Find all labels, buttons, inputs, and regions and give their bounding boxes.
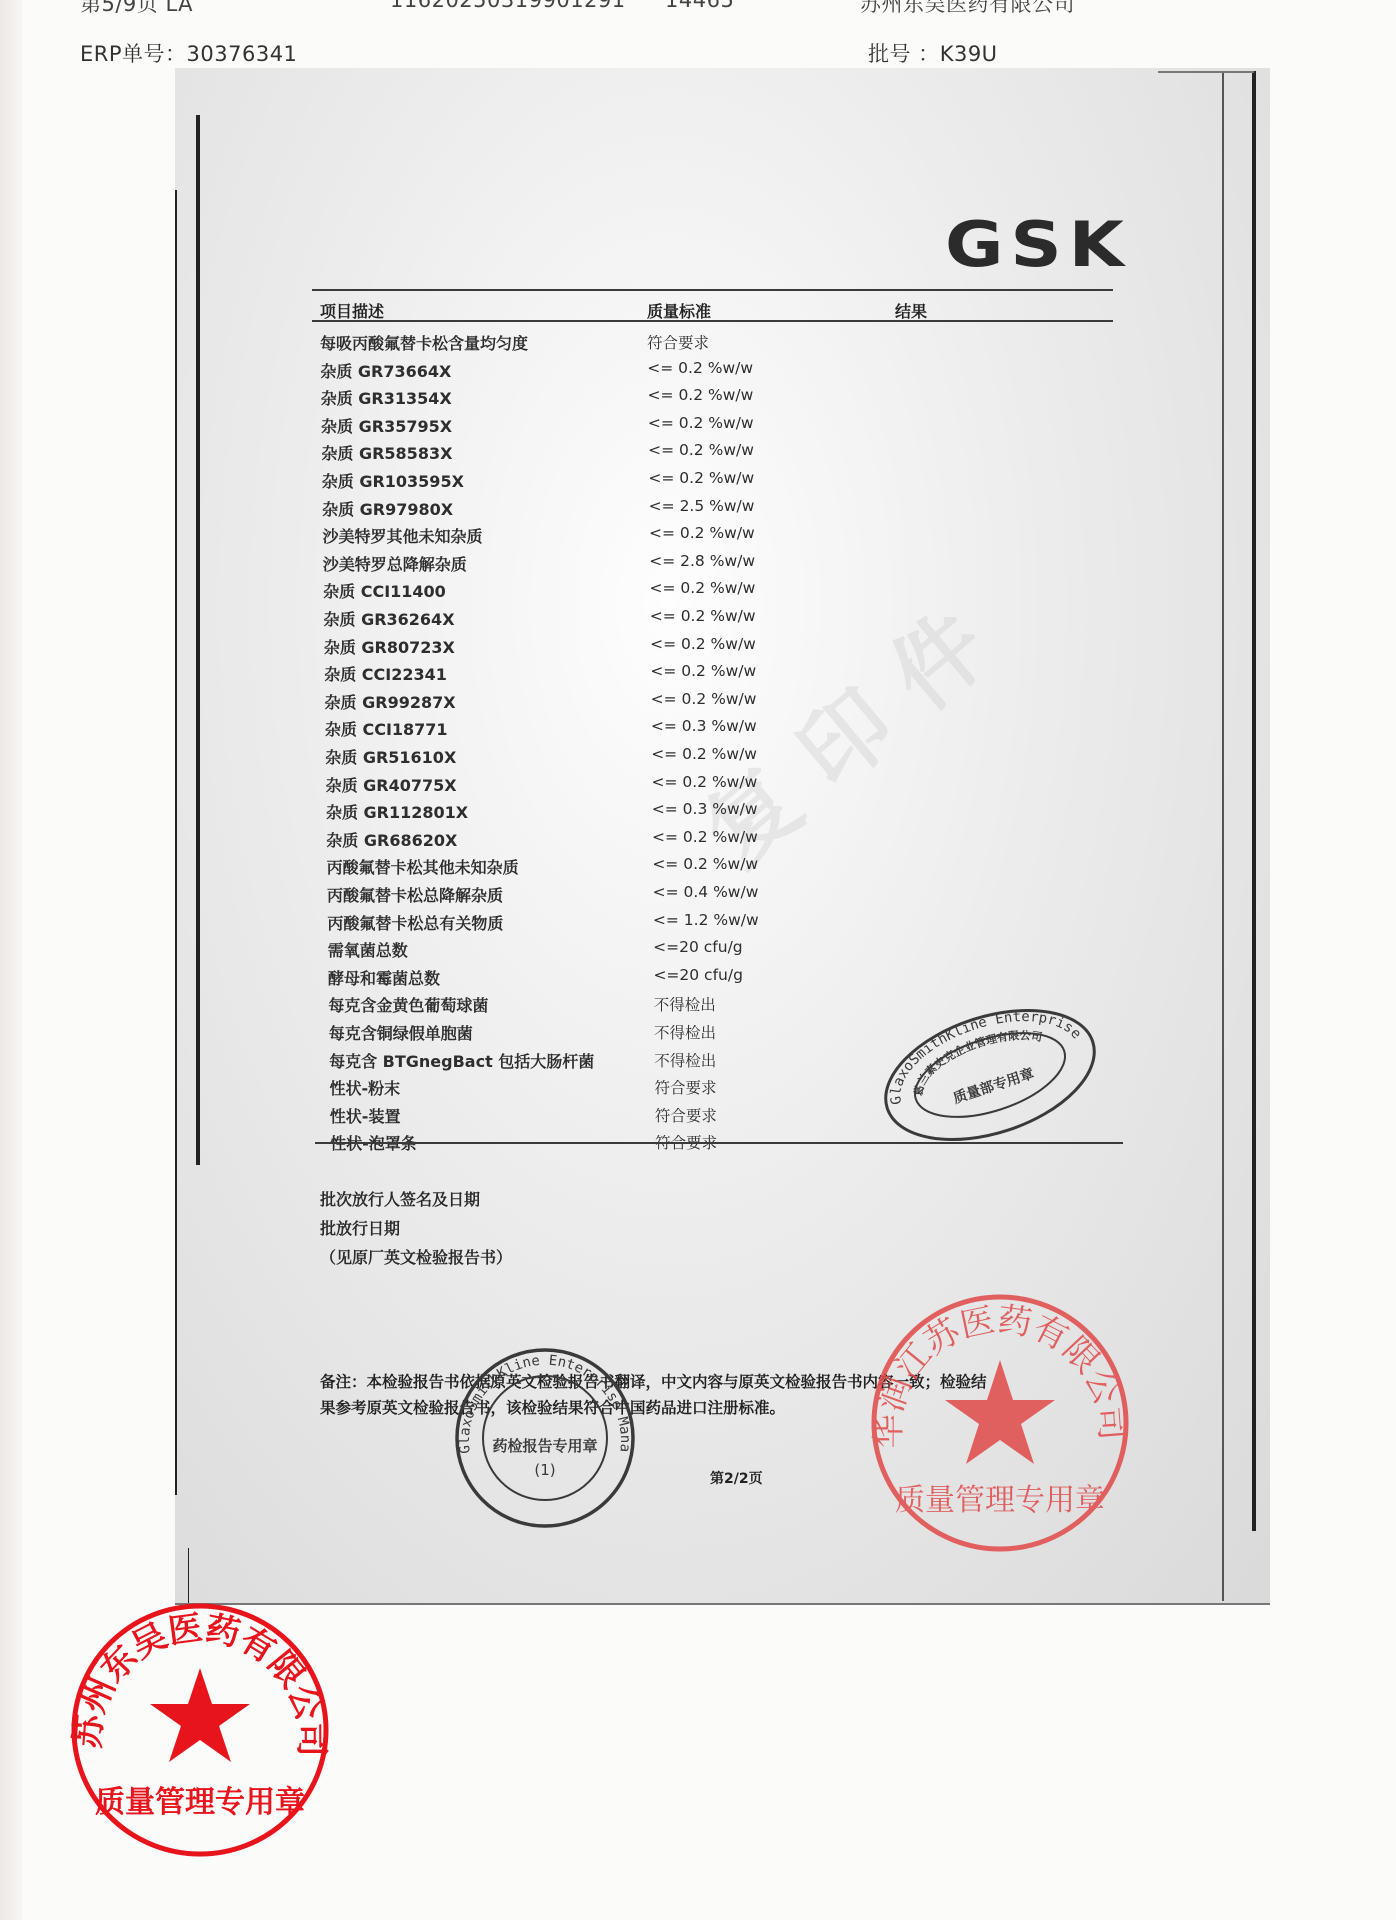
row-item: 杂质 GR40775X bbox=[326, 773, 457, 796]
row-item: 丙酸氟替卡松其他未知杂质 bbox=[327, 855, 519, 878]
row-item: 沙美特罗其他未知杂质 bbox=[322, 524, 482, 547]
row-standard: <= 0.3 %w/w bbox=[652, 800, 758, 818]
document-code: 11620250319901291 bbox=[390, 0, 626, 12]
row-standard: <= 0.3 %w/w bbox=[651, 717, 757, 735]
row-standard: 不得检出 bbox=[654, 993, 716, 1015]
table-row: 杂质 GR103595X<= 0.2 %w/w bbox=[175, 469, 1270, 496]
table-row: 丙酸氟替卡松总降解杂质<= 0.4 %w/w bbox=[175, 883, 1270, 910]
row-item: 丙酸氟替卡松总降解杂质 bbox=[327, 883, 503, 906]
row-item: 需氧菌总数 bbox=[328, 938, 408, 961]
table-row: 酵母和霉菌总数<=20 cfu/g bbox=[175, 966, 1270, 993]
left-border-fragment bbox=[188, 1548, 189, 1605]
table-row: 每克含铜绿假单胞菌不得检出 bbox=[175, 1021, 1270, 1048]
dongwu-quality-stamp: 苏州东吴医药有限公司 质量管理专用章 bbox=[62, 1600, 342, 1860]
batch-number-field: 批号 ：K39U bbox=[868, 38, 998, 68]
row-standard: <= 0.2 %w/w bbox=[648, 414, 754, 432]
row-standard: <= 0.2 %w/w bbox=[648, 386, 754, 404]
svg-text:(1): (1) bbox=[534, 1461, 555, 1479]
row-standard: 符合要求 bbox=[647, 331, 709, 353]
row-item: 杂质 GR103595X bbox=[322, 469, 464, 492]
scan-edge-strip bbox=[0, 0, 22, 1920]
batch-value: K39U bbox=[940, 42, 998, 66]
row-item: 性状-粉末 bbox=[329, 1076, 400, 1099]
table-row: 沙美特罗总降解杂质<= 2.8 %w/w bbox=[175, 552, 1270, 579]
row-item: 性状-装置 bbox=[330, 1104, 401, 1127]
see-original-note: （见原厂英文检验报告书） bbox=[320, 1245, 512, 1268]
huarun-quality-stamp: 华润江苏医药有限公司 质量管理专用章 bbox=[865, 1288, 1135, 1558]
table-row: 每吸丙酸氟替卡松含量均匀度符合要求 bbox=[175, 331, 1270, 358]
svg-text:药检报告专用章: 药检报告专用章 bbox=[492, 1437, 597, 1455]
row-item: 杂质 GR51610X bbox=[325, 745, 456, 768]
table-row: 杂质 CCI11400<= 0.2 %w/w bbox=[175, 579, 1270, 606]
row-standard: 不得检出 bbox=[654, 1049, 716, 1071]
table-row: 杂质 GR35795X<= 0.2 %w/w bbox=[175, 414, 1270, 441]
table-top-rule bbox=[312, 289, 1113, 291]
column-header-item: 项目描述 bbox=[320, 299, 384, 322]
row-item: 丙酸氟替卡松总有关物质 bbox=[327, 911, 503, 934]
row-item: 每克含金黄色葡萄球菌 bbox=[328, 993, 488, 1016]
table-row: 杂质 GR112801X<= 0.3 %w/w bbox=[175, 800, 1270, 827]
erp-label: ERP单号： bbox=[80, 42, 187, 66]
row-item: 杂质 GR31354X bbox=[321, 386, 452, 409]
row-standard: <= 0.4 %w/w bbox=[653, 883, 759, 901]
row-standard: <= 0.2 %w/w bbox=[650, 662, 756, 680]
svg-text:质量管理专用章: 质量管理专用章 bbox=[95, 1785, 305, 1820]
row-item: 每克含 BTGnegBact 包括大肠杆菌 bbox=[329, 1049, 594, 1072]
page-info: 第5/9页 LA bbox=[80, 0, 193, 18]
column-header-standard: 质量标准 bbox=[647, 299, 711, 322]
row-standard: <= 0.2 %w/w bbox=[651, 745, 757, 763]
table-row: 杂质 GR31354X<= 0.2 %w/w bbox=[175, 386, 1270, 413]
row-item: 每克含铜绿假单胞菌 bbox=[329, 1021, 473, 1044]
row-item: 杂质 GR99287X bbox=[325, 690, 456, 713]
table-row: 杂质 GR99287X<= 0.2 %w/w bbox=[175, 690, 1270, 717]
page-number: 第2/2页 bbox=[710, 1468, 763, 1488]
row-item: 每吸丙酸氟替卡松含量均匀度 bbox=[320, 331, 528, 354]
scanned-report-page: 复 印 件 GSK 项目描述 质量标准 结果 每吸丙酸氟替卡松含量均匀度符合要求… bbox=[175, 68, 1270, 1605]
table-header-rule bbox=[312, 320, 1113, 322]
row-standard: <= 0.2 %w/w bbox=[651, 773, 757, 791]
table-row: 杂质 GR51610X<= 0.2 %w/w bbox=[175, 745, 1270, 772]
row-standard: <=20 cfu/g bbox=[653, 966, 743, 984]
erp-number-field: ERP单号：30376341 bbox=[80, 38, 297, 68]
gsk-quality-stamp: GlaxoSmithKline Enterprise Management Co… bbox=[875, 1003, 1105, 1148]
table-row: 杂质 CCI18771<= 0.3 %w/w bbox=[175, 717, 1270, 744]
row-item: 酵母和霉菌总数 bbox=[328, 966, 440, 989]
gsk-report-stamp: GlaxoSmithKline Enterprise Management Co… bbox=[450, 1343, 640, 1533]
table-row: 每克含金黄色葡萄球菌不得检出 bbox=[175, 993, 1270, 1020]
top-border bbox=[1158, 71, 1254, 73]
row-standard: <= 0.2 %w/w bbox=[648, 469, 754, 487]
row-standard: <= 0.2 %w/w bbox=[648, 441, 754, 459]
row-standard: 不得检出 bbox=[654, 1021, 716, 1043]
table-row: 性状-泡罩条符合要求 bbox=[175, 1131, 1270, 1158]
row-item: 杂质 GR112801X bbox=[326, 800, 468, 823]
table-row: 杂质 GR58583X<= 0.2 %w/w bbox=[175, 441, 1270, 468]
svg-text:质量管理专用章: 质量管理专用章 bbox=[895, 1483, 1105, 1518]
row-item: 杂质 GR80723X bbox=[324, 635, 455, 658]
table-row: 丙酸氟替卡松总有关物质<= 1.2 %w/w bbox=[175, 911, 1270, 938]
table-row: 杂质 GR97980X<= 2.5 %w/w bbox=[175, 497, 1270, 524]
row-standard: <= 0.2 %w/w bbox=[649, 524, 755, 542]
row-standard: <= 0.2 %w/w bbox=[652, 828, 758, 846]
table-row: 杂质 GR73664X<= 0.2 %w/w bbox=[175, 359, 1270, 386]
row-item: 杂质 CCI18771 bbox=[325, 717, 448, 740]
batch-label: 批号 ： bbox=[868, 42, 940, 66]
row-standard: <= 2.5 %w/w bbox=[649, 497, 755, 515]
row-standard: <=20 cfu/g bbox=[653, 938, 743, 956]
row-standard: <= 1.2 %w/w bbox=[653, 911, 759, 929]
table-row: 需氧菌总数<=20 cfu/g bbox=[175, 938, 1270, 965]
row-item: 杂质 GR97980X bbox=[322, 497, 453, 520]
reference-number: 14465 bbox=[665, 0, 734, 12]
table-row: 杂质 GR40775X<= 0.2 %w/w bbox=[175, 773, 1270, 800]
row-item: 杂质 CCI22341 bbox=[324, 662, 447, 685]
column-header-result: 结果 bbox=[895, 299, 927, 322]
table-row: 丙酸氟替卡松其他未知杂质<= 0.2 %w/w bbox=[175, 855, 1270, 882]
row-standard: <= 0.2 %w/w bbox=[647, 359, 753, 377]
row-standard: <= 0.2 %w/w bbox=[650, 579, 756, 597]
release-signature-label: 批次放行人签名及日期 bbox=[320, 1187, 480, 1210]
row-item: 杂质 GR68620X bbox=[326, 828, 457, 851]
erp-value: 30376341 bbox=[187, 42, 298, 66]
release-date-label: 批放行日期 bbox=[320, 1216, 400, 1239]
table-row: 性状-粉末符合要求 bbox=[175, 1076, 1270, 1103]
row-item: 杂质 GR58583X bbox=[321, 441, 452, 464]
row-standard: <= 2.8 %w/w bbox=[649, 552, 755, 570]
row-item: 杂质 GR35795X bbox=[321, 414, 452, 437]
row-standard: <= 0.2 %w/w bbox=[650, 635, 756, 653]
row-standard: 符合要求 bbox=[655, 1076, 717, 1098]
row-standard: 符合要求 bbox=[655, 1104, 717, 1126]
row-standard: <= 0.2 %w/w bbox=[652, 855, 758, 873]
table-row: 杂质 GR36264X<= 0.2 %w/w bbox=[175, 607, 1270, 634]
row-standard: <= 0.2 %w/w bbox=[651, 690, 757, 708]
row-item: 杂质 CCI11400 bbox=[323, 579, 446, 602]
row-item: 杂质 GR36264X bbox=[324, 607, 455, 630]
company-name: 苏州东吴医药有限公司 bbox=[860, 0, 1075, 18]
row-item: 沙美特罗总降解杂质 bbox=[323, 552, 467, 575]
table-row: 杂质 CCI22341<= 0.2 %w/w bbox=[175, 662, 1270, 689]
row-item: 杂质 GR73664X bbox=[320, 359, 451, 382]
table-row: 性状-装置符合要求 bbox=[175, 1104, 1270, 1131]
gsk-logo: GSK bbox=[945, 208, 1131, 281]
table-row: 杂质 GR68620X<= 0.2 %w/w bbox=[175, 828, 1270, 855]
row-standard: <= 0.2 %w/w bbox=[650, 607, 756, 625]
table-row: 每克含 BTGnegBact 包括大肠杆菌不得检出 bbox=[175, 1049, 1270, 1076]
table-row: 沙美特罗其他未知杂质<= 0.2 %w/w bbox=[175, 524, 1270, 551]
table-row: 杂质 GR80723X<= 0.2 %w/w bbox=[175, 635, 1270, 662]
